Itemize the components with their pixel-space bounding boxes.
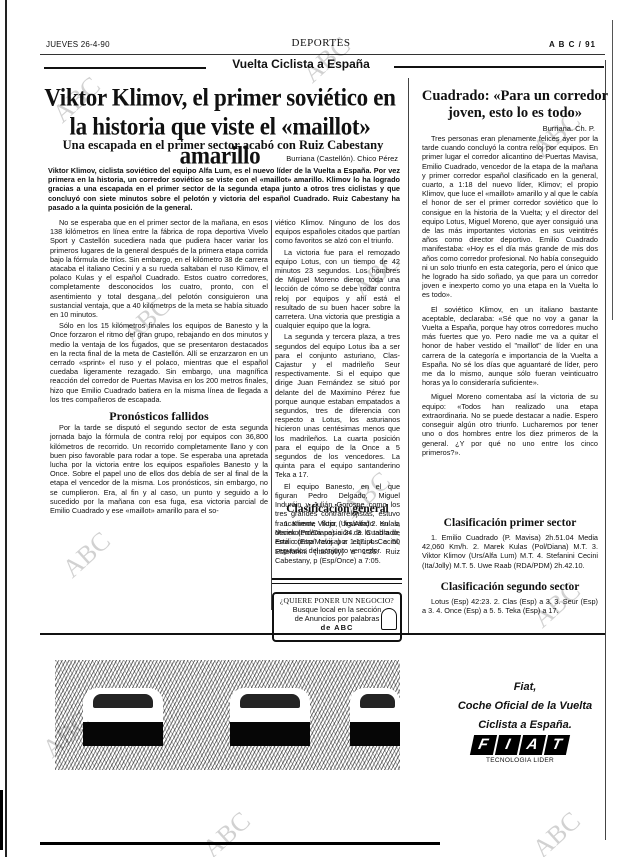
- main-subhead: Una escapada en el primer sector acabó c…: [48, 138, 398, 153]
- classified-ad-brand: de ABC: [277, 623, 397, 632]
- side-headline: Cuadrado: «Para un corredor joven, esto …: [420, 88, 610, 122]
- classification-first-sector: Clasificación primer sector 1. Emilio Cu…: [422, 517, 598, 570]
- paragraph: Miguel Moreno comentaba así la victoria …: [422, 392, 598, 456]
- logo-letter: T: [543, 735, 570, 755]
- car-image: [230, 688, 310, 746]
- car-image: [83, 688, 163, 746]
- ad-rule: [272, 583, 402, 584]
- logo-letter: A: [519, 735, 546, 755]
- classified-ad-line: de Anuncios por palabras: [277, 614, 397, 623]
- car-image: [350, 688, 400, 746]
- page-edge-left: [5, 0, 7, 857]
- logo-letter: I: [494, 735, 521, 755]
- classification-first-title: Clasificación primer sector: [422, 517, 598, 529]
- paragraph: El soviético Klimov, en un italiano bast…: [422, 305, 598, 388]
- classified-ad-title: ¿QUIERE PONER UN NEGOCIO?: [277, 596, 397, 605]
- mailbox-icon: [381, 608, 397, 630]
- paragraph: viético Klimov. Ninguno de los dos equip…: [275, 218, 400, 246]
- watermark: ABC: [197, 806, 257, 857]
- watermark: ABC: [57, 526, 117, 584]
- article-bottom-rule: [40, 633, 605, 635]
- paragraph: La segunda y tercera plaza, a tres segun…: [275, 332, 400, 479]
- classification-general-title: Clasificación general: [275, 503, 400, 515]
- subsection-title: Pronósticos fallidos: [50, 412, 268, 421]
- classification-general: Clasificación general 1. Klimov, Viktor …: [275, 503, 400, 565]
- page-edge-left-bottom: [0, 790, 3, 850]
- newspaper-page: JUEVES 26-4-90 DEPORTES A B C / 91 Vuelt…: [0, 0, 620, 857]
- main-column-1: No se esperaba que en el primer sector d…: [50, 218, 268, 517]
- advert-copy: Fiat, Coche Oficial de la Vuelta Ciclist…: [440, 678, 610, 735]
- ad-rule: [272, 578, 402, 580]
- advert-line: Ciclista a España.: [440, 716, 610, 735]
- paragraph: Tres personas eran plenamente felices ay…: [422, 134, 598, 300]
- logo-letter: F: [470, 735, 497, 755]
- page-edge-right: [612, 20, 613, 320]
- classification-general-text: 1. Klimov, Viktor (Urs/Alfa) 2. Kulas, M…: [275, 519, 400, 565]
- fiat-logo: F I A T: [470, 735, 570, 755]
- classified-ad: ¿QUIERE PONER UN NEGOCIO? Busque local e…: [272, 578, 400, 628]
- kicker-rule-right: [394, 66, 604, 68]
- paragraph: Sólo en los 15 kilómetros finales los eq…: [50, 321, 268, 404]
- fiat-tagline: TECNOLOGIA LIDER: [472, 757, 568, 764]
- kicker-rule-left: [44, 67, 206, 69]
- advert-line: Coche Oficial de la Vuelta: [440, 697, 610, 716]
- main-lead: Viktor Klimov, ciclista soviético del eq…: [48, 166, 400, 212]
- main-byline: Burriana (Castellón). Chico Pérez: [220, 154, 398, 163]
- column-divider-inner: [271, 220, 272, 610]
- classification-first-text: 1. Emilio Cuadrado (P. Mavisa) 2h.51.04 …: [422, 533, 598, 570]
- side-column: Tres personas eran plenamente felices ay…: [422, 134, 598, 462]
- paragraph: Por la tarde se disputó el segundo secto…: [50, 423, 268, 515]
- page-number: A B C / 91: [549, 40, 596, 49]
- watermark: ABC: [527, 806, 587, 857]
- classified-ad-line: Busque local en la sección: [277, 605, 397, 614]
- advert-photo-cars: [55, 660, 400, 770]
- advert-line: Fiat,: [440, 678, 610, 697]
- column-divider-main: [408, 78, 409, 633]
